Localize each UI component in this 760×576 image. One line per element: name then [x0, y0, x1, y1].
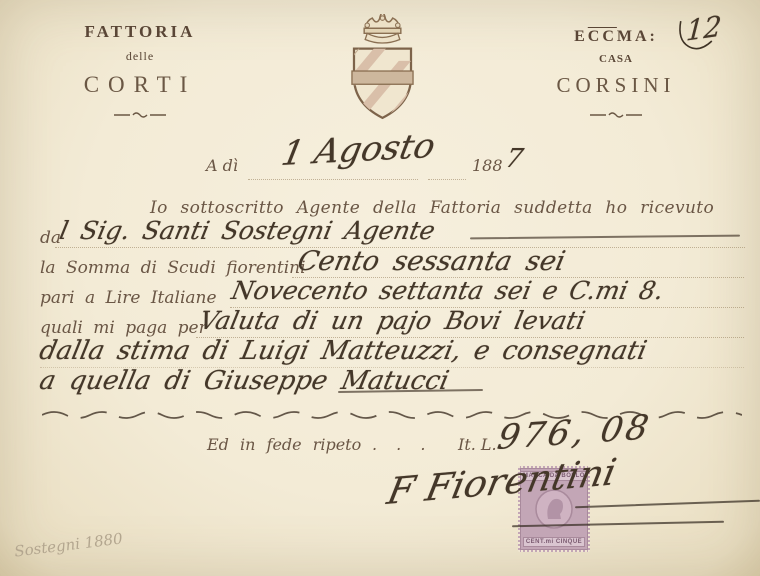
- fattoria-title: FATTORIA: [52, 22, 228, 42]
- body-line-3-hand: Cento sessanta sei: [295, 246, 568, 277]
- body-line-6-hand: dalla stima di Luigi Matteuzzi, e conseg…: [37, 336, 650, 366]
- body-line-5-hand: Valuta di un pajo Bovi levati: [197, 306, 588, 335]
- date-prefix: A dì: [206, 156, 238, 175]
- body-line-1: Io sottoscritto Agente della Fattoria su…: [150, 198, 714, 218]
- date-year-printed: 188: [472, 156, 503, 175]
- signature-stroke: [575, 500, 760, 508]
- body-line-4-printed: pari a Lire Italiane: [40, 288, 217, 308]
- date-rule2: [428, 179, 466, 180]
- scanned-receipt-document: FATTORIA delle CORTI: [0, 0, 760, 576]
- fattoria-sub: delle: [52, 49, 228, 64]
- flourish-divider-icon: [528, 104, 704, 123]
- body-line-5-printed: quali mi paga per: [40, 318, 207, 338]
- fattoria-name: CORTI: [52, 72, 228, 98]
- date-rule: [248, 179, 418, 180]
- date-day-month: 1 Agosto: [278, 126, 438, 174]
- casa-sub: CASA: [528, 53, 704, 65]
- attest-text: Ed in fede ripeto: [207, 435, 361, 454]
- stamp-bottom-text: CENT.mi CINQUE: [523, 537, 585, 547]
- body-line-2-hand: l Sig. Santi Sostegni Agente: [57, 216, 438, 245]
- currency-label: It. L.: [458, 435, 497, 454]
- corsini-crest-icon: [330, 14, 435, 130]
- header-left-fattoria: FATTORIA delle CORTI: [52, 22, 228, 123]
- body-line-3-printed: la Somma di Scudi fiorentini: [40, 258, 306, 278]
- pen-dash: [470, 235, 740, 240]
- corner-number: 12: [684, 10, 724, 48]
- flourish-divider-icon: [52, 104, 228, 123]
- attest-dots: . . .: [372, 435, 425, 454]
- body-line-4-hand: Novecento settanta sei e C.mi 8.: [229, 276, 667, 305]
- pen-flourish-icon: [675, 14, 721, 54]
- corsini-name: CORSINI: [528, 73, 704, 98]
- pencil-note: Sostegni 1880: [13, 529, 123, 560]
- date-year-digit: 7: [503, 144, 526, 174]
